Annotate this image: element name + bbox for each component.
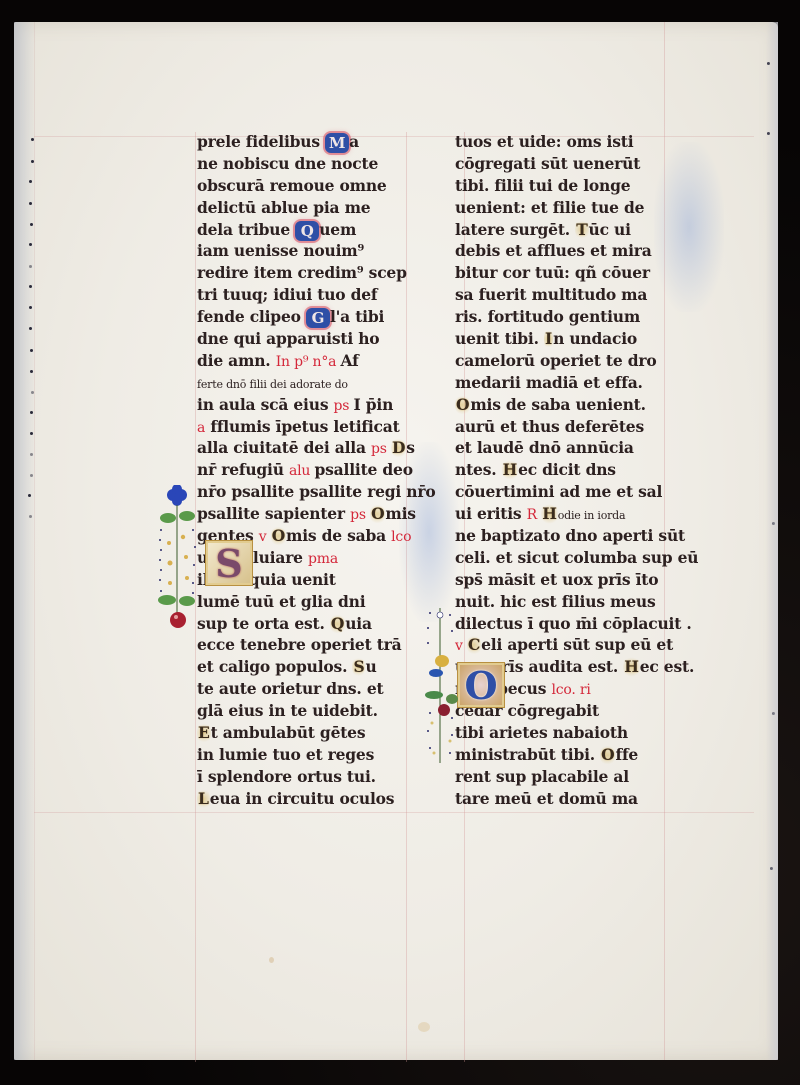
text-segment: tri tuuq; idiui tuo def (197, 285, 377, 304)
text-line: dilectus ī quo m̄i cōplacuit . (455, 613, 680, 635)
text-segment: ī splendore ortus tui. (197, 767, 376, 786)
text-line: psallite sapienter ps Omis (197, 503, 412, 525)
text-segment: debis et afflues et mira (455, 241, 652, 260)
cue-text: odie in iorda (558, 509, 626, 522)
text-segment: nr̄o psallite psallite regi nr̄o (197, 482, 435, 501)
text-segment: sps̄ māsit et uox prīs īto (455, 570, 658, 589)
text-line: sa fuerit multitudo ma (455, 284, 680, 306)
text-segment: cōgregati sūt uenerūt (455, 154, 640, 173)
touched-capital: L (197, 788, 210, 810)
text-segment: ecce tenebre operiet trā (197, 635, 402, 654)
text-line: Leua in circuitu oculos (197, 788, 412, 810)
text-segment: nuit. hic est filius meus (455, 592, 656, 611)
pricking-hole (767, 62, 770, 65)
text-segment: dilectus ī quo m̄i cōplacuit . (455, 614, 692, 633)
rubric-text: In p⁹ n°a (276, 354, 341, 370)
touched-capital: C (467, 634, 481, 656)
rubric-text: ps (350, 507, 370, 523)
red-berry-icon (438, 704, 450, 716)
illuminated-initial-s: S (205, 540, 253, 586)
rubric-text: pma (308, 551, 338, 567)
rubric-text: R (527, 507, 542, 523)
text-segment: iam uenisse nouim⁹ (197, 241, 364, 260)
text-line: debis et afflues et mira (455, 240, 680, 262)
text-line: tare meū et domū ma (455, 788, 680, 810)
foxing-spot (269, 957, 274, 963)
touched-capital: O (370, 503, 385, 525)
touched-capital: O (271, 525, 286, 547)
text-segment: ūc ui (589, 220, 631, 239)
blue-initial: M (325, 133, 349, 153)
left-floral-border (155, 485, 210, 635)
text-segment: eli aperti sūt sup eū et (481, 635, 673, 654)
text-segment: ne nobiscu dne nocte (197, 154, 378, 173)
touched-capital: H (541, 503, 557, 525)
text-line: ī splendore ortus tui. (197, 766, 412, 788)
text-line: ne nobiscu dne nocte (197, 153, 412, 175)
text-line: camelorū operiet te dro (455, 350, 680, 372)
text-line: uenit tibi. In undacio (455, 328, 680, 350)
text-segment: uia (345, 614, 372, 633)
touched-capital: Q (330, 613, 345, 635)
left-text-column: prele fidelibus Mane nobiscu dne nocteob… (197, 131, 412, 810)
touched-capital: I (544, 328, 553, 350)
text-line: et laudē dnō annūcia (455, 437, 680, 459)
blue-initial: Q (295, 221, 319, 241)
text-segment: tuos et uide: oms isti (455, 132, 633, 151)
text-segment: sup te orta est. (197, 614, 330, 633)
text-segment: bitur cor tuū: qñ cōuer (455, 263, 650, 282)
blue-initial: G (306, 308, 330, 328)
text-segment: dne qui apparuisti ho (197, 329, 379, 348)
red-berry-icon (170, 612, 186, 628)
touched-capital: H (502, 459, 518, 481)
text-segment: l'a tibi (330, 307, 384, 326)
text-line: tuos et uide: oms isti (455, 131, 680, 153)
rubric-text: lco (391, 529, 411, 545)
text-segment: eua in circuitu oculos (210, 789, 395, 808)
text-line: prele fidelibus Ma (197, 131, 412, 153)
text-segment: u (365, 657, 376, 676)
photo-background: prele fidelibus Mane nobiscu dne nocteob… (0, 0, 800, 1085)
touched-capital: O (600, 744, 615, 766)
text-line: uenient: et filie tue de (455, 197, 680, 219)
text-line: nr̄o psallite psallite regi nr̄o (197, 481, 412, 503)
text-line: ferte dnō filii dei adorate do (197, 372, 412, 394)
text-line: rent sup placabile al (455, 766, 680, 788)
text-line: in aula scā eius ps I p̄in (197, 394, 412, 416)
rubric-text: ps (371, 441, 391, 457)
text-segment: uem (319, 220, 356, 239)
text-segment: ffe (615, 745, 638, 764)
text-segment: die amn. (197, 351, 276, 370)
text-segment: tibi. filii tui de longe (455, 176, 630, 195)
text-segment: t ambulabūt gētes (211, 723, 366, 742)
text-line: dne qui apparuisti ho (197, 328, 412, 350)
text-segment: mis de saba uenient. (470, 395, 646, 414)
text-segment: rent sup placabile al (455, 767, 629, 786)
text-line: v Celi aperti sūt sup eū et (455, 634, 680, 656)
text-line: ris. fortitudo gentium (455, 306, 680, 328)
touched-capital: E (197, 722, 211, 744)
text-segment: ntes. (455, 460, 502, 479)
text-line: sup te orta est. Quia (197, 613, 412, 635)
text-line: die amn. In p⁹ n°a Af (197, 350, 412, 372)
text-line: ui eritis R Hodie in iorda (455, 503, 680, 525)
text-line: celi. et sicut columba sup eū (455, 547, 680, 569)
text-line: in lumie tuo et reges (197, 744, 412, 766)
text-segment: cōuertimini ad me et sal (455, 482, 662, 501)
text-line: lumē tuū et glia dni (197, 591, 412, 613)
text-line: ministrabūt tibi. Offe (455, 744, 680, 766)
text-segment: s (406, 438, 415, 457)
touched-capital: O (455, 394, 470, 416)
pricking-hole (770, 867, 773, 870)
leaf-icon (179, 596, 195, 606)
text-line: fende clipeo Gl'a tibi (197, 306, 412, 328)
text-segment: n undacio (553, 329, 637, 348)
text-segment: mis de saba (286, 526, 391, 545)
text-segment: uenit tibi. (455, 329, 544, 348)
touched-capital: T (575, 219, 588, 241)
pricking-hole (772, 522, 775, 525)
text-segment: aurū et thus deferētes (455, 417, 644, 436)
text-segment: medarii madiā et effa. (455, 373, 643, 392)
ruling-line (34, 22, 35, 1060)
text-segment: camelorū operiet te dro (455, 351, 656, 370)
text-line: Et ambulabūt gētes (197, 722, 412, 744)
text-segment: te aute orietur dns. et (197, 679, 383, 698)
text-segment: sa fuerit multitudo ma (455, 285, 647, 304)
text-segment: psallite sapienter (197, 504, 350, 523)
text-segment: ec est. (640, 657, 694, 676)
text-segment: Af (341, 351, 359, 370)
text-segment: obscurā remoue omne (197, 176, 387, 195)
blue-flower-icon (167, 485, 187, 506)
text-line: redire item credim⁹ scep (197, 262, 412, 284)
rubric-text: v (259, 529, 271, 545)
text-segment: et laudē dnō annūcia (455, 438, 634, 457)
text-line: aurū et thus deferētes (455, 416, 680, 438)
text-segment: redire item credim⁹ scep (197, 263, 407, 282)
text-segment: uenient: et filie tue de (455, 198, 644, 217)
rubric-text: ps (334, 398, 354, 414)
text-line: te aute orietur dns. et (197, 678, 412, 700)
gold-bud-icon (435, 655, 449, 667)
text-segment: nr̄ refugiū (197, 460, 289, 479)
text-segment: tibi arietes nabaioth (455, 723, 628, 742)
text-line: et caligo populos. Su (197, 656, 412, 678)
foxing-spot (418, 1022, 430, 1032)
text-line: cōgregati sūt uenerūt (455, 153, 680, 175)
text-segment: alla ciuitatē dei alla (197, 438, 371, 457)
text-line: ne baptizato dno aperti sūt (455, 525, 680, 547)
text-segment: a (349, 132, 359, 151)
text-segment: mis (385, 504, 415, 523)
text-line: dela tribue Quem (197, 219, 412, 241)
text-line: nr̄ refugiū alu psallite deo (197, 459, 412, 481)
text-line: a fflumis īpetus letificat (197, 416, 412, 438)
leaf-icon (158, 595, 176, 605)
text-segment: ec dicit dns (518, 460, 616, 479)
leaf-icon (160, 513, 176, 523)
touched-capital: D (391, 437, 406, 459)
text-segment: fende clipeo (197, 307, 306, 326)
ruling-line (34, 812, 754, 813)
text-line: alla ciuitatē dei alla ps Ds (197, 437, 412, 459)
cue-text: ferte dnō filii dei adorate do (197, 378, 348, 391)
blue-leaf-icon (429, 669, 443, 677)
text-segment: in aula scā eius (197, 395, 334, 414)
right-floral-border (422, 603, 467, 768)
text-segment: delictū ablue pia me (197, 198, 370, 217)
text-segment: celi. et sicut columba sup eū (455, 548, 698, 567)
text-segment: fflumis īpetus letificat (205, 417, 399, 436)
text-line: iam uenisse nouim⁹ (197, 240, 412, 262)
text-segment: glā eius in te uidebit. (197, 701, 378, 720)
text-segment: prele fidelibus (197, 132, 325, 151)
text-segment: psallite deo (315, 460, 413, 479)
text-segment: ne baptizato dno aperti sūt (455, 526, 685, 545)
text-line: ecce tenebre operiet trā (197, 634, 412, 656)
text-segment: ris. fortitudo gentium (455, 307, 640, 326)
text-segment: ui eritis (455, 504, 527, 523)
leaf-icon (425, 691, 443, 699)
touched-capital: S (352, 656, 365, 678)
text-line: sps̄ māsit et uox prīs īto (455, 569, 680, 591)
touched-capital: H (623, 656, 639, 678)
text-segment: I p̄in (354, 395, 394, 414)
text-segment: ministrabūt tibi. (455, 745, 600, 764)
rubric-text: alu (289, 463, 315, 479)
text-line: tri tuuq; idiui tuo def (197, 284, 412, 306)
text-line: obscurā remoue omne (197, 175, 412, 197)
text-segment: tare meū et domū ma (455, 789, 638, 808)
text-line: tibi arietes nabaioth (455, 722, 680, 744)
rubric-text: lco. ri (551, 682, 590, 698)
text-line: cōuertimini ad me et sal (455, 481, 680, 503)
text-line: Omis de saba uenient. (455, 394, 680, 416)
text-line: nuit. hic est filius meus (455, 591, 680, 613)
text-line: bitur cor tuū: qñ cōuer (455, 262, 680, 284)
text-line: tibi. filii tui de longe (455, 175, 680, 197)
gold-dots-icon (167, 535, 189, 585)
text-line: medarii madiā et effa. (455, 372, 680, 394)
pricking-hole (772, 712, 775, 715)
text-line: glā eius in te uidebit. (197, 700, 412, 722)
rubric-text: a (197, 420, 205, 436)
pricking-hole (767, 132, 770, 135)
text-segment: lumē tuū et glia dni (197, 592, 365, 611)
leaf-icon (446, 694, 458, 704)
leaf-icon (179, 511, 195, 521)
text-segment: et caligo populos. (197, 657, 352, 676)
text-segment: latere surgēt. (455, 220, 575, 239)
text-segment: dela tribue (197, 220, 295, 239)
text-segment: in lumie tuo et reges (197, 745, 374, 764)
text-line: ntes. Hec dicit dns (455, 459, 680, 481)
text-line: delictū ablue pia me (197, 197, 412, 219)
text-line: latere surgēt. Tūc ui (455, 219, 680, 241)
